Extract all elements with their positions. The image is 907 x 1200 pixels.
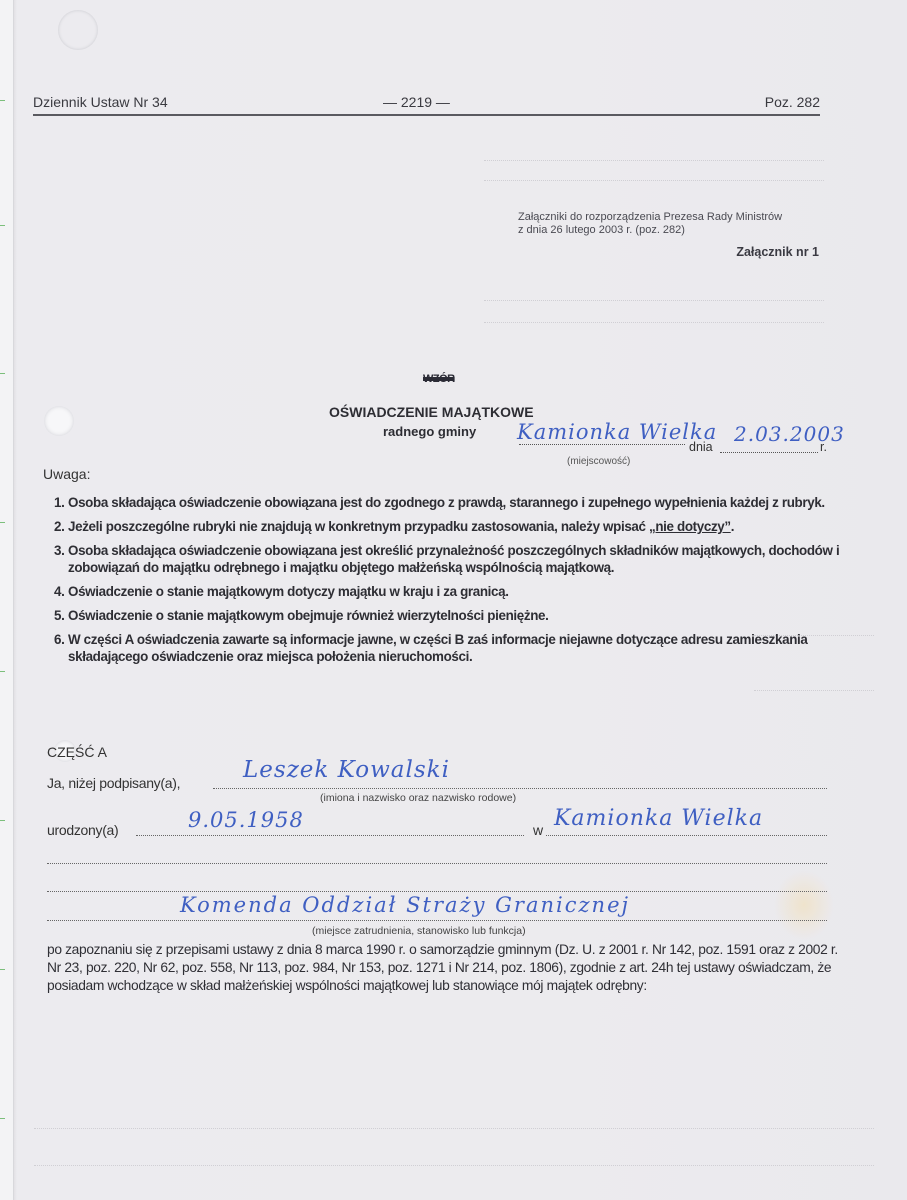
employment-field-line-2[interactable] — [47, 891, 827, 892]
place-field[interactable] — [519, 444, 685, 445]
punch-hole — [58, 10, 98, 50]
employment-handwritten: Komenda Oddział Straży Granicznej — [180, 893, 630, 917]
margin-tick — [0, 225, 5, 226]
name-caption: (imiona i nazwisko oraz nazwisko rodowe) — [320, 792, 516, 804]
bleed-through — [34, 1128, 874, 1129]
birth-date-handwritten: 9.05.1958 — [188, 808, 304, 832]
note-item: 5.Oświadczenie o stanie majątkowym obejm… — [54, 607, 844, 624]
attachment-reference: Załączniki do rozporządzenia Prezesa Rad… — [518, 211, 782, 237]
margin-tick — [0, 522, 5, 523]
place-caption: (miejscowość) — [567, 456, 630, 467]
date-suffix: r. — [820, 440, 827, 454]
employment-field-line-1[interactable] — [47, 863, 827, 864]
birth-place-handwritten: Kamionka Wielka — [554, 806, 763, 831]
bleed-through — [484, 300, 824, 301]
margin-tick — [0, 373, 5, 374]
note-item: 3.Osoba składająca oświadczenie obowiąza… — [54, 542, 844, 576]
place-handwritten: Kamionka Wielka — [517, 420, 717, 444]
bleed-through — [484, 322, 824, 323]
date-handwritten: 2.03.2003 — [734, 422, 845, 446]
template-stamp: WZÓR — [423, 373, 455, 385]
bleed-through — [34, 1165, 874, 1166]
born-in-label: w — [533, 822, 543, 838]
note-item: 4.Oświadczenie o stanie majątkowym dotyc… — [54, 583, 844, 600]
note-item: 2.Jeżeli poszczególne rubryki nie znajdu… — [54, 518, 844, 535]
statement-paragraph: po zapoznaniu się z przepisami ustawy z … — [47, 941, 847, 995]
employment-field-line-3[interactable] — [47, 920, 827, 921]
position-number: Poz. 282 — [765, 94, 820, 110]
attachment-line-2: z dnia 26 lutego 2003 r. (poz. 282) — [518, 224, 782, 237]
date-field[interactable] — [720, 452, 818, 453]
form-title: OŚWIADCZENIE MAJĄTKOWE — [329, 404, 534, 420]
name-handwritten: Leszek Kowalski — [243, 757, 450, 783]
bleed-through — [484, 180, 824, 181]
employment-caption: (miejsce zatrudnienia, stanowisko lub fu… — [312, 925, 526, 937]
page-number: — 2219 — — [383, 94, 450, 110]
attachment-line-1: Załączniki do rozporządzenia Prezesa Rad… — [518, 211, 782, 224]
part-a-heading: CZĘŚĆ A — [47, 744, 107, 760]
margin-tick — [0, 969, 5, 970]
punch-hole — [44, 406, 74, 436]
not-applicable-phrase: „nie dotyczy” — [649, 519, 731, 534]
margin-tick — [0, 820, 5, 821]
signed-label: Ja, niżej podpisany(a), — [47, 775, 180, 791]
date-label: dnia — [689, 440, 713, 454]
running-header: Dziennik Ustaw Nr 34 — 2219 — Poz. 282 — [33, 94, 820, 116]
scan-edge — [0, 0, 14, 1200]
notes-heading: Uwaga: — [43, 466, 90, 482]
notes-list: 1.Osoba składająca oświadczenie obowiąza… — [54, 494, 844, 672]
birth-date-field[interactable] — [136, 835, 524, 836]
paper-stain — [774, 870, 834, 940]
name-field[interactable] — [213, 788, 827, 789]
attachment-number: Załącznik nr 1 — [736, 245, 819, 259]
form-subtitle: radnego gminy — [383, 424, 476, 439]
born-label: urodzony(a) — [47, 822, 118, 838]
bleed-through — [754, 690, 874, 691]
margin-tick — [0, 671, 5, 672]
journal-name: Dziennik Ustaw Nr 34 — [33, 94, 168, 110]
margin-tick — [0, 1118, 5, 1119]
birth-place-field[interactable] — [546, 835, 827, 836]
note-item: 6.W części A oświadczenia zawarte są inf… — [54, 631, 844, 665]
bleed-through — [484, 160, 824, 161]
margin-tick — [0, 100, 5, 101]
note-item: 1.Osoba składająca oświadczenie obowiąza… — [54, 494, 844, 511]
